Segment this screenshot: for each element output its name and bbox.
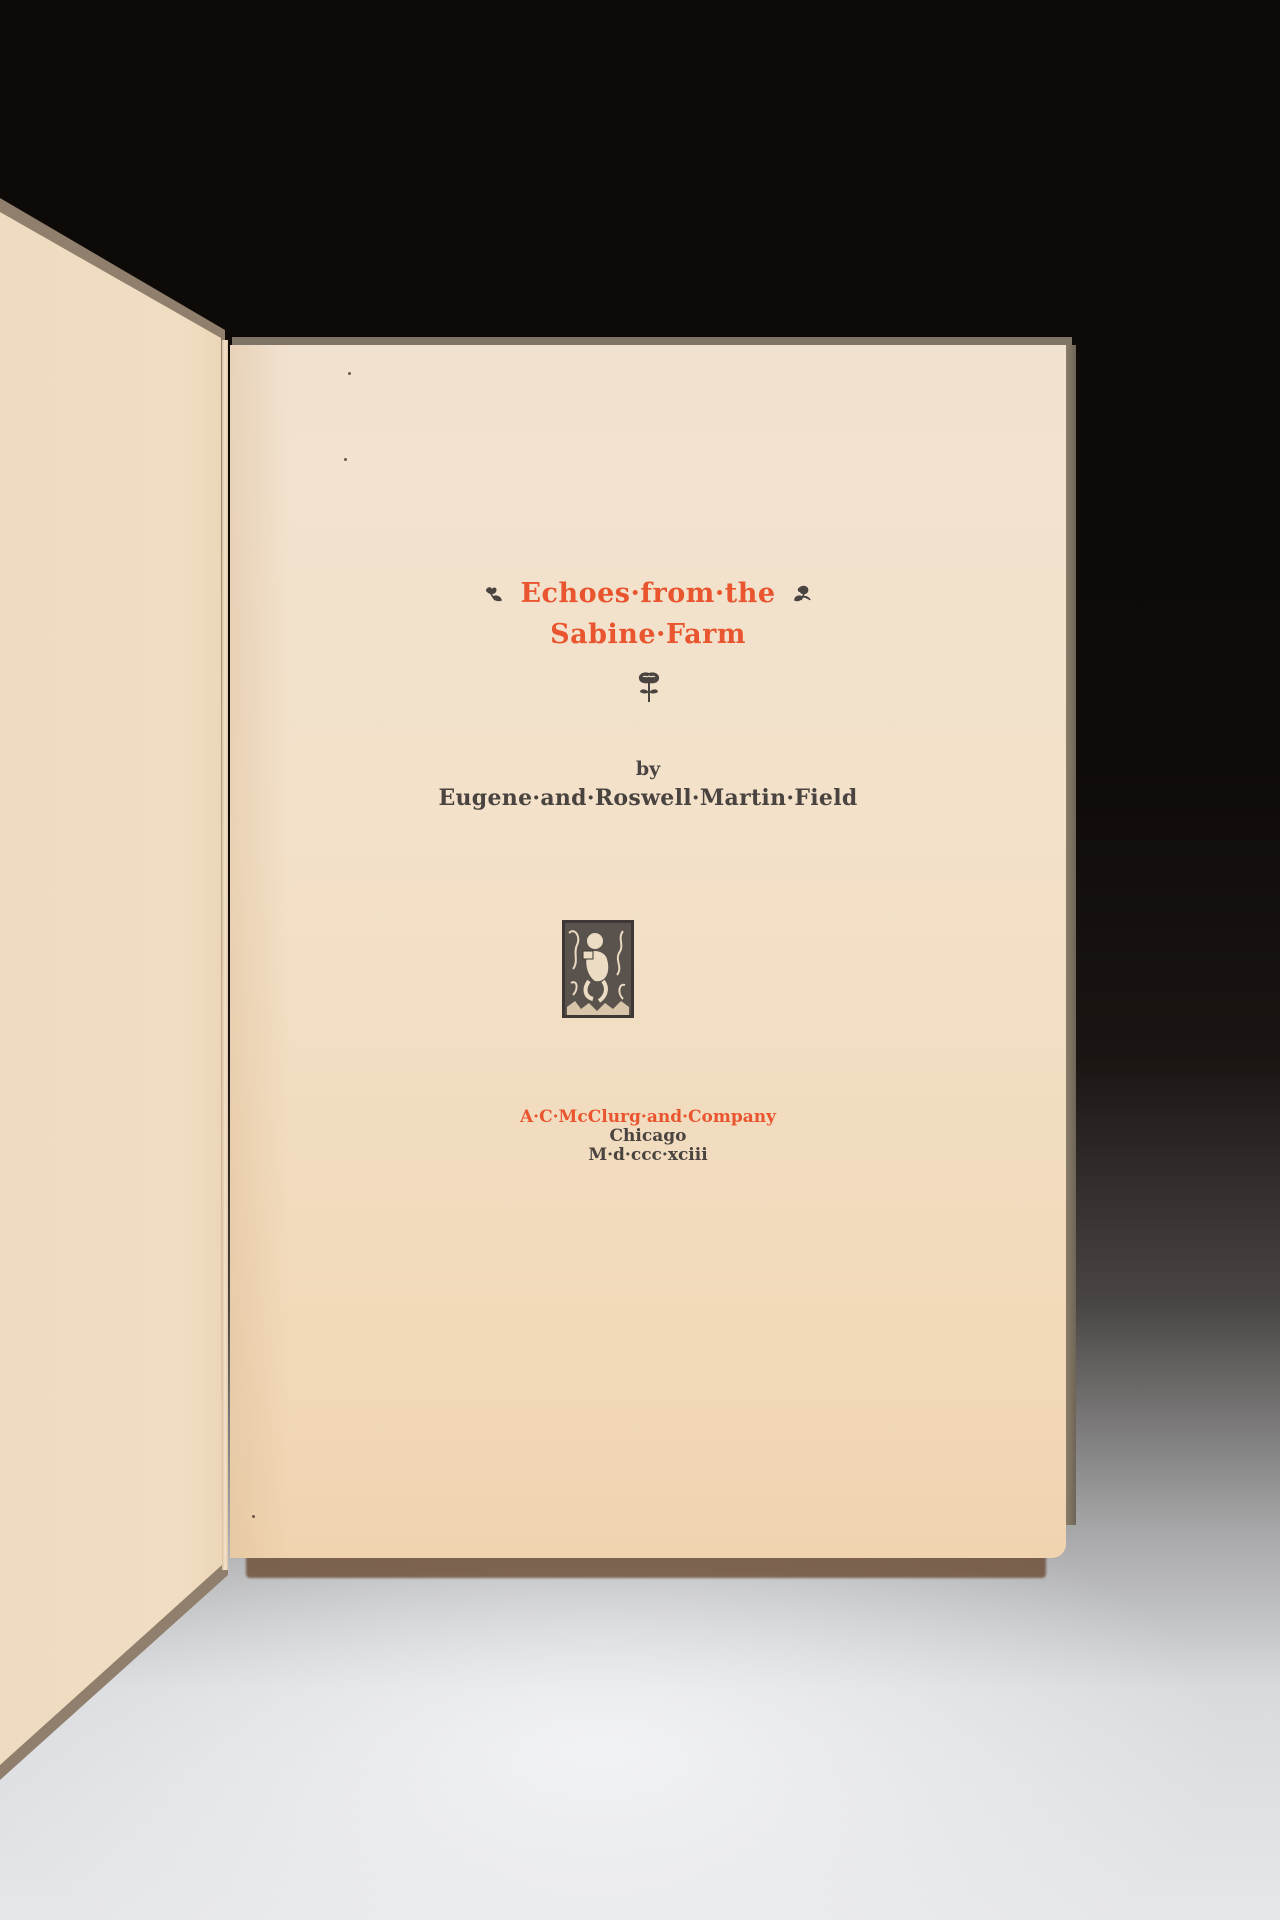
right-board-fore-edge xyxy=(1066,345,1076,1525)
book-gutter xyxy=(222,340,228,1570)
imprint-publisher: A·C·McClurg·and·Company xyxy=(230,1107,1066,1127)
title-line-2: Sabine·Farm xyxy=(230,619,1066,650)
byline: by xyxy=(230,758,1066,780)
title-page-content: Echoes·from·the Sabine·Farm by Eugene·an… xyxy=(230,345,1066,1558)
page-bottom-shadow xyxy=(246,1556,1046,1578)
imprint-date: M·d·ccc·xciii xyxy=(230,1145,1066,1165)
satyr-woodcut-icon xyxy=(565,923,631,1015)
imprint-city: Chicago xyxy=(230,1126,1066,1146)
woodcut-vignette xyxy=(562,920,634,1018)
author-names: Eugene·and·Roswell·Martin·Field xyxy=(230,785,1066,811)
title-line-1: Echoes·from·the xyxy=(230,578,1066,609)
rose-fleuron-icon xyxy=(482,581,504,603)
rose-fleuron-icon xyxy=(792,581,814,603)
carnation-flower-icon xyxy=(636,670,662,704)
title-text-line-1: Echoes·from·the xyxy=(520,578,775,609)
